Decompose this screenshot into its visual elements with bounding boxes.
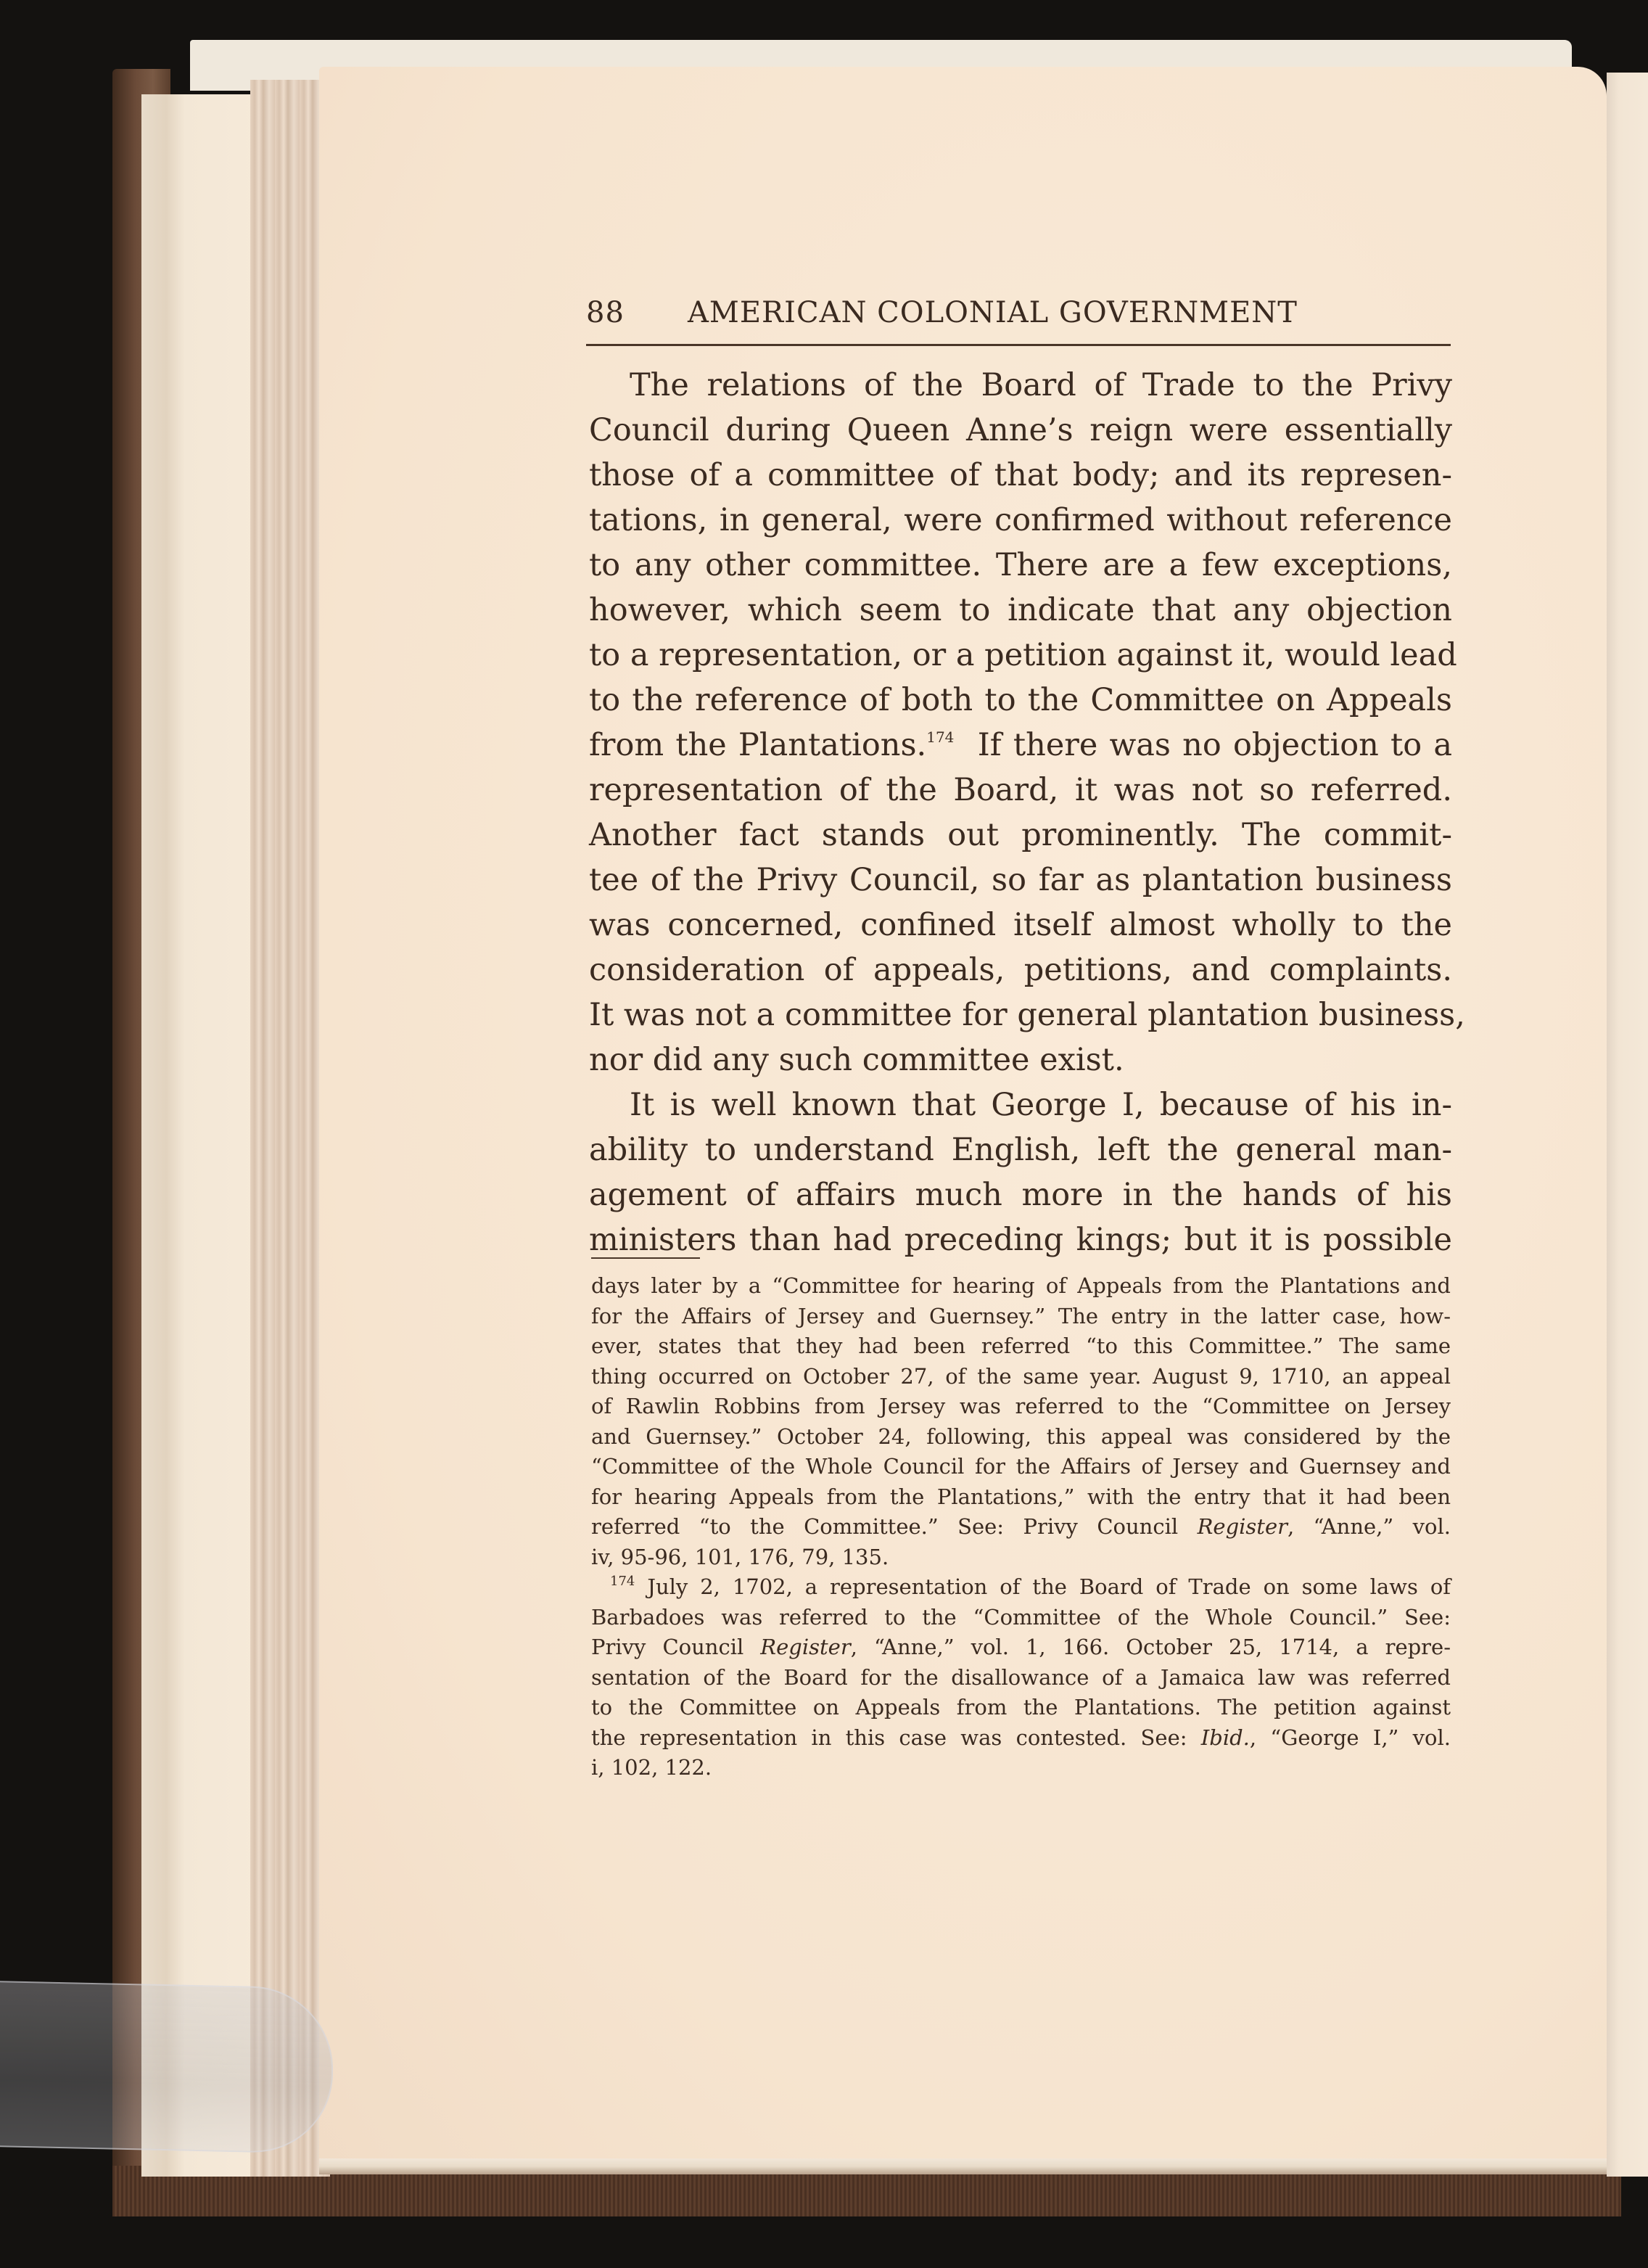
text-fragment: referred “to the Committee.” See: Privy …: [591, 1514, 1198, 1539]
text-fragment: July 2, 1702, a representation of the Bo…: [647, 1574, 1451, 1599]
deckled-page-edges: [250, 80, 330, 2177]
text-fragment: , “George I,” vol.: [1250, 1725, 1451, 1750]
footnote-line: thing occurred on October 27, of the sam…: [591, 1362, 1451, 1392]
text-line: was concerned, confined itself almost wh…: [589, 903, 1452, 948]
footnotes: days later by a “Committee for hearing o…: [591, 1271, 1451, 1783]
text-line: agement of affairs much more in the hand…: [589, 1172, 1452, 1217]
footnote-174-line: Privy Council Register, “Anne,” vol. 1, …: [591, 1632, 1451, 1663]
italic-title: Register: [1198, 1514, 1287, 1539]
running-title: AMERICAN COLONIAL GOVERNMENT: [688, 296, 1298, 329]
text-fragment: If there was no objection to a: [978, 727, 1452, 763]
footnote-174-line: i, 102, 122.: [591, 1753, 1451, 1783]
text-line: those of a committee of that body; and i…: [589, 453, 1452, 498]
text-line: Council during Queen Anne’s reign were e…: [589, 408, 1452, 453]
text-line: tee of the Privy Council, so far as plan…: [589, 858, 1452, 903]
footnote-line: “Committee of the Whole Council for the …: [591, 1452, 1451, 1482]
footnote-174-line: sentation of the Board for the disallowa…: [591, 1663, 1451, 1693]
footnote-reference[interactable]: 174: [926, 728, 954, 746]
running-head: 88 AMERICAN COLONIAL GOVERNMENT: [586, 296, 1451, 340]
footnote-174-line: 174 July 2, 1702, a representation of th…: [591, 1572, 1451, 1603]
footnote-174-line: Barbadoes was referred to the “Committee…: [591, 1603, 1451, 1633]
footnote-line: referred “to the Committee.” See: Privy …: [591, 1512, 1451, 1542]
facing-page-edge: [1607, 73, 1648, 2177]
text-line: Another fact stands out prominently. The…: [589, 813, 1452, 858]
text-line: It was not a committee for general plant…: [589, 993, 1452, 1038]
footnote-line: days later by a “Committee for hearing o…: [591, 1271, 1451, 1302]
text-line: representation of the Board, it was not …: [589, 768, 1452, 813]
text-fragment: from the Plantations.: [589, 727, 926, 763]
footnote-line: for the Affairs of Jersey and Guernsey.”…: [591, 1302, 1451, 1332]
italic-title: Ibid.: [1201, 1725, 1250, 1750]
footnote-174-line: to the Committee on Appeals from the Pla…: [591, 1693, 1451, 1723]
text-line: The relations of the Board of Trade to t…: [589, 363, 1452, 408]
text-line: however, which seem to indicate that any…: [589, 588, 1452, 633]
text-fragment: , “Anne,” vol. 1, 166. October 25, 1714,…: [851, 1635, 1451, 1659]
text-line: nor did any such committee exist.: [589, 1038, 1452, 1082]
footnote-line: for hearing Appeals from the Plantations…: [591, 1482, 1451, 1513]
footnote-174-line: the representation in this case was cont…: [591, 1723, 1451, 1754]
plastic-page-clip: [0, 1981, 333, 2154]
text-line: ability to understand English, left the …: [589, 1127, 1452, 1172]
text-fragment: the representation in this case was cont…: [591, 1725, 1201, 1750]
text-line: It is well known that George I, because …: [589, 1082, 1452, 1127]
footnote-line: ever, states that they had been referred…: [591, 1331, 1451, 1362]
text-line: to any other committee. There are a few …: [589, 543, 1452, 588]
footnote-separator: [591, 1257, 700, 1259]
text-line: tations, in general, were confirmed with…: [589, 498, 1452, 543]
header-rule: [586, 344, 1451, 346]
footnote-number: 174: [610, 1574, 635, 1589]
endpaper-sheet: [141, 94, 265, 2177]
text-line: to a representation, or a petition again…: [589, 633, 1452, 678]
text-fragment: , “Anne,” vol.: [1287, 1514, 1451, 1539]
footnote-line: of Rawlin Robbins from Jersey was referr…: [591, 1392, 1451, 1422]
text-line: from the Plantations.174 If there was no…: [589, 723, 1452, 768]
footnote-line: and Guernsey.” October 24, following, th…: [591, 1422, 1451, 1453]
text-line: to the reference of both to the Committe…: [589, 678, 1452, 723]
page-bottom-edge: [319, 2158, 1607, 2174]
text-fragment: Privy Council: [591, 1635, 760, 1659]
italic-title: Register: [760, 1635, 850, 1659]
page-number: 88: [586, 296, 688, 329]
text-line: ministers than had preceding kings; but …: [589, 1217, 1452, 1262]
footnote-line: iv, 95-96, 101, 176, 79, 135.: [591, 1542, 1451, 1573]
text-line: consideration of appeals, petitions, and…: [589, 948, 1452, 993]
body-text: The relations of the Board of Trade to t…: [589, 363, 1452, 1262]
